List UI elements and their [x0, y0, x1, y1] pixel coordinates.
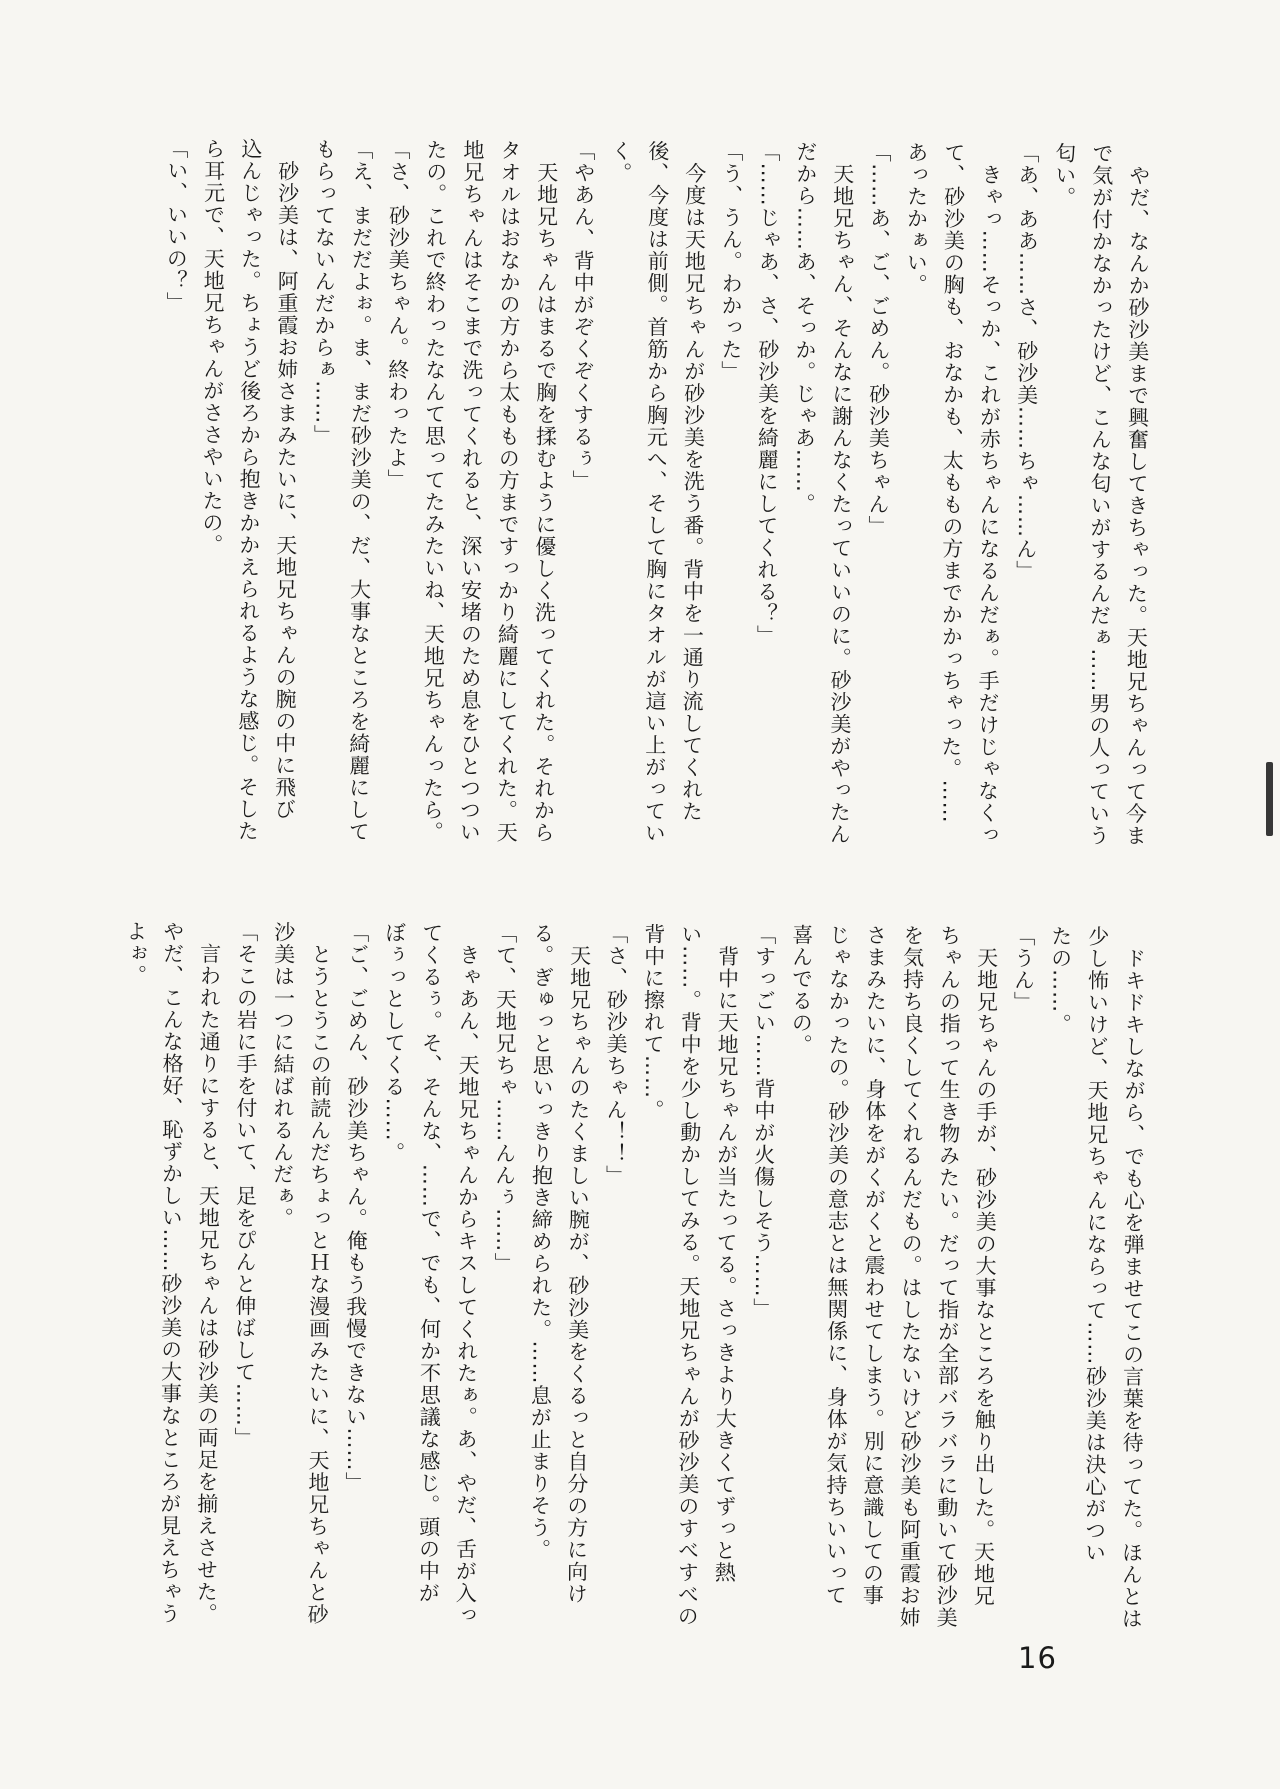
- text-column: い……。背中を少し動かしてみる。天地兄ちゃんが砂沙美のすべすべの: [668, 923, 709, 1629]
- text-column: 「うん」: [1001, 925, 1042, 1631]
- page-number: 16: [1018, 1641, 1057, 1675]
- scanned-page: やだ、なんか砂沙美まで興奮してきちゃった。天地兄ちゃんって今まで気が付かなかった…: [0, 0, 1280, 1789]
- text-column: 後、今度は前側。首筋から胸元へ、そして胸にタオルが這い上がってい: [635, 140, 676, 844]
- text-column: 天地兄ちゃんの手が、砂沙美の大事なところを触り出した。天地兄: [964, 925, 1005, 1631]
- top-text-block: やだ、なんか砂沙美まで興奮してきちゃった。天地兄ちゃんって今まで気が付かなかった…: [154, 137, 1157, 846]
- text-column: さまみたいに、身体をがくがくと震わせてしまう。別に意識しての事: [853, 924, 894, 1630]
- text-column: 「さ、砂沙美ちゃん！！」: [594, 923, 635, 1629]
- text-column: じゃなかったの。砂沙美の意志とは無関係に、身体が気持ちいいって: [816, 924, 857, 1630]
- text-column: 「い、いいの？」: [154, 137, 195, 841]
- text-column: やだ、なんか砂沙美まで興奮してきちゃった。天地兄ちゃんって今ま: [1116, 143, 1157, 847]
- text-column: 今度は天地兄ちゃんが砂沙美を洗う番。背中を一通り流してくれた: [672, 140, 713, 844]
- scan-edge-artifact: [1266, 762, 1273, 836]
- text-column: 「て、天地兄ちゃ……んんぅ……」: [483, 922, 524, 1628]
- text-column: 言われた通りにすると、天地兄ちゃんは砂沙美の両足を揃えさせた。: [187, 921, 228, 1627]
- text-column: 「え、まだだよぉ。ま、まだ砂沙美の、だ、大事なところを綺麗にして: [339, 138, 380, 842]
- text-column: ちゃんの指って生き物みたい。だって指が全部バラバラに動いて砂沙美: [927, 925, 968, 1631]
- text-column: きゃっ……そっか、これが赤ちゃんになるんだぁ。手だけじゃなくっ: [968, 142, 1009, 846]
- text-column: 「さ、砂沙美ちゃん。終わったよ」: [376, 139, 417, 843]
- text-column: たの。これで終わったなんて思ってたみたいね、天地兄ちゃんったら。: [413, 139, 454, 843]
- text-column: 背中に擦れて……。: [631, 923, 672, 1629]
- text-column: だから……あ、そっか。じゃあ……。: [783, 141, 824, 845]
- text-column: タオルはおなかの方から太ももの方まですっかり綺麗にしてくれた。天: [487, 139, 528, 843]
- text-column: 天地兄ちゃん、そんなに謝んなくたっていいのに。砂沙美がやったん: [820, 141, 861, 845]
- text-column: く。: [598, 140, 639, 844]
- bottom-text-block: ドキドキしながら、でも心を弾ませてこの言葉を待ってた。ほんとは少し怖いけど、天地…: [113, 920, 1153, 1631]
- text-column: たの……。: [1038, 925, 1079, 1631]
- text-column: てくるぅ。そ、そんな、……で、でも、何か不思議な感じ。頭の中が: [409, 922, 450, 1628]
- text-column: 「あ、ああ……さ、砂沙美……ちゃ……ん」: [1005, 142, 1046, 846]
- text-column: きゃあん、天地兄ちゃんからキスしてくれたぁ。あ、やだ、舌が入っ: [446, 922, 487, 1628]
- text-column: て、砂沙美の胸も、おなかも、太ももの方までかかっちゃった。……: [931, 142, 972, 846]
- text-column: で気が付かなかったけど、こんな匂いがするんだぁ……男の人っていう: [1079, 142, 1120, 846]
- text-column: 「う、うん。わかった」: [709, 140, 750, 844]
- text-column: よぉ。: [113, 920, 154, 1626]
- text-column: 「やあん、背中がぞくぞくするぅ」: [561, 140, 602, 844]
- text-column: る。ぎゅっと思いっきり抱き締められた。……息が止まりそう。: [520, 922, 561, 1628]
- text-column: やだ、こんな格好、恥ずかしい……砂沙美の大事なところが見えちゃう: [150, 920, 191, 1626]
- text-column: もらってないんだからぁ……」: [302, 138, 343, 842]
- text-column: 匂い。: [1042, 142, 1083, 846]
- text-column: を気持ち良くしてくれるんだもの。はしたないけど砂沙美も阿重霞お姉: [890, 924, 931, 1630]
- text-column: 「すっごい……背中が火傷しそう……」: [742, 924, 783, 1630]
- text-column: 少し怖いけど、天地兄ちゃんにならって……砂沙美は決心がつい: [1075, 925, 1116, 1631]
- text-column: 地兄ちゃんはそこまで洗ってくれると、深い安堵のため息をひとつつい: [450, 139, 491, 843]
- text-column: あったかぁい。: [894, 141, 935, 845]
- text-column: ぼぅっとしてくる……。: [372, 922, 413, 1628]
- text-column: 「そこの岩に手を付いて、足をぴんと伸ばして……」: [224, 921, 265, 1627]
- text-column: 喜んでるの。: [779, 924, 820, 1630]
- text-column: 沙美は一つに結ばれるんだぁ。: [261, 921, 302, 1627]
- text-column: とうとうこの前読んだちょっとＨな漫画みたいに、天地兄ちゃんと砂: [298, 921, 339, 1627]
- text-column: 砂沙美は、阿重霞お姉さまみたいに、天地兄ちゃんの腕の中に飛び: [265, 138, 306, 842]
- text-column: ら耳元で、天地兄ちゃんがささやいたの。: [191, 138, 232, 842]
- text-column: 天地兄ちゃんのたくましい腕が、砂沙美をくるっと自分の方に向け: [557, 923, 598, 1629]
- text-column: 「ご、ごめん、砂沙美ちゃん。俺もう我慢できない……」: [335, 921, 376, 1627]
- text-column: 「……じゃあ、さ、砂沙美を綺麗にしてくれる？」: [746, 141, 787, 845]
- text-column: ドキドキしながら、でも心を弾ませてこの言葉を待ってた。ほんとは: [1112, 925, 1153, 1631]
- text-column: 込んじゃった。ちょうど後ろから抱きかかえられるような感じ。そした: [228, 138, 269, 842]
- text-column: 「……あ、ご、ごめん。砂沙美ちゃん」: [857, 141, 898, 845]
- text-column: 天地兄ちゃんはまるで胸を揉むように優しく洗ってくれた。それから: [524, 139, 565, 843]
- text-column: 背中に天地兄ちゃんが当たってる。さっきより大きくてずっと熱: [705, 923, 746, 1629]
